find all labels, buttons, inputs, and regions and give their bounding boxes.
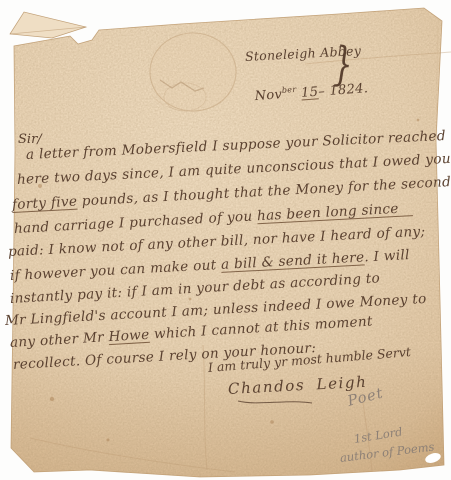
date-year: – 1824. [318,81,369,99]
letter-text-segment: . I will [364,247,410,265]
date-day: 15 [301,85,319,101]
date-line: Novber 15– 1824. [235,65,369,120]
date-month: Nov [254,87,282,104]
seal-impression-stain [150,33,236,111]
date-month-superscript: ber [282,85,297,95]
letter-text-segment: Howe [108,327,150,345]
letter-text-segment: forty five [12,194,78,213]
folded-corner [10,12,86,38]
salutation: Sir/ [18,132,42,147]
scanned-letter-page: Stoneleigh Abbey } Novber 15– 1824. Sir/… [0,0,451,480]
